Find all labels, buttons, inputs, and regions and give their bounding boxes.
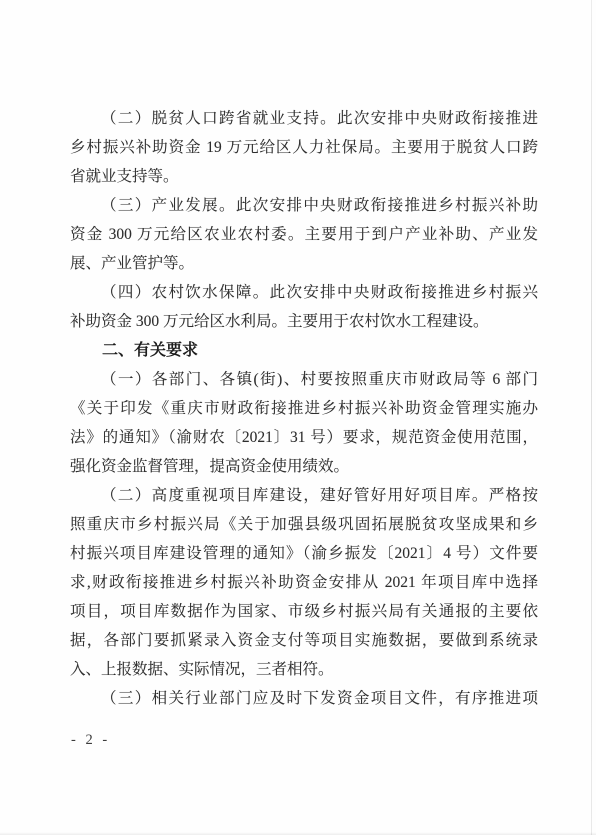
document-line: 法》的通知》（渝财农〔2021〕31 号）要求，规范资金使用范围， <box>70 423 538 452</box>
document-line: （二）高度重视项目库建设，建好管好用好项目库。严格按 <box>70 481 538 510</box>
document-page: （二）脱贫人口跨省就业支持。此次安排中央财政衔接推进 乡村振兴补助资金 19 万… <box>0 0 596 835</box>
document-line: 据，各部门要抓紧录入资金支付等项目实施数据，要做到系统录 <box>70 626 538 655</box>
document-line: 求,财政衔接推进乡村振兴补助资金安排从 2021 年项目库中选择 <box>70 568 538 597</box>
document-line: 入、上报数据、实际情况，三者相符。 <box>70 655 538 684</box>
document-line: 《关于印发《重庆市财政衔接推进乡村振兴补助资金管理实施办 <box>70 394 538 423</box>
section-heading: 二、有关要求 <box>70 336 538 365</box>
document-line: 强化资金监督管理，提高资金使用绩效。 <box>70 452 538 481</box>
document-line: 项目，项目库数据作为国家、市级乡村振兴局有关通报的主要依 <box>70 597 538 626</box>
document-line: 村振兴项目库建设管理的通知》（渝乡振发〔2021〕4 号）文件要 <box>70 539 538 568</box>
document-line: （一）各部门、各镇(街)、村要按照重庆市财政局等 6 部门 <box>70 365 538 394</box>
document-body: （二）脱贫人口跨省就业支持。此次安排中央财政衔接推进 乡村振兴补助资金 19 万… <box>70 104 538 713</box>
document-line: （四）农村饮水保障。此次安排中央财政衔接推进乡村振兴 <box>70 278 538 307</box>
document-line: 展、产业管护等。 <box>70 249 538 278</box>
document-line: 省就业支持等。 <box>70 162 538 191</box>
document-line: （三）相关行业部门应及时下发资金项目文件，有序推进项 <box>70 684 538 713</box>
page-number: - 2 - <box>71 732 110 749</box>
document-line: （三）产业发展。此次安排中央财政衔接推进乡村振兴补助 <box>70 191 538 220</box>
document-line: 照重庆市乡村振兴局《关于加强县级巩固拓展脱贫攻坚成果和乡 <box>70 510 538 539</box>
scan-edge-right-shadow <box>591 0 592 835</box>
document-line: 资金 300 万元给区农业农村委。主要用于到户产业补助、产业发 <box>70 220 538 249</box>
document-line: 乡村振兴补助资金 19 万元给区人力社保局。主要用于脱贫人口跨 <box>70 133 538 162</box>
document-line: （二）脱贫人口跨省就业支持。此次安排中央财政衔接推进 <box>70 104 538 133</box>
document-line: 补助资金 300 万元给区水利局。主要用于农村饮水工程建设。 <box>70 307 538 336</box>
